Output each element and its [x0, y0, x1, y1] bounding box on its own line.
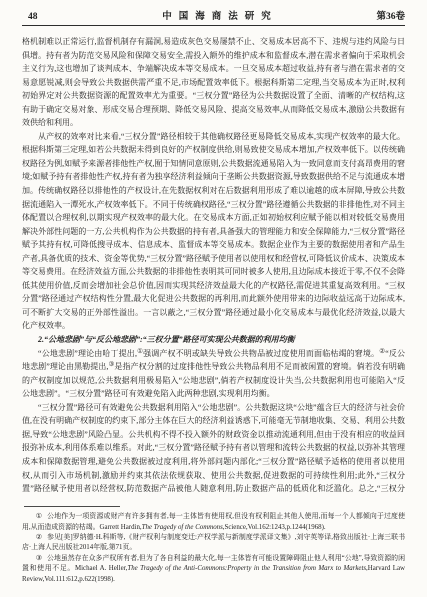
footnote-ref: ② — [379, 348, 385, 355]
footnote-ref: ③ — [108, 361, 114, 368]
journal-page: 48 中国海商法研究 第36卷 格机制难以正常运行,监督机制存有漏洞,易造成灰色… — [0, 0, 427, 597]
footnote-ref: ① — [137, 348, 143, 355]
footnotes-section: ①公地作为一项资源或财产有许多拥有者,每一主体皆有使用权,但没有权利阻止其他人使… — [22, 506, 405, 585]
citation-title: The Tragedy of the Anti-Commons:Property… — [127, 565, 366, 572]
footnote: ②参见[美]罗纳德·H.科斯等,《财产权利与制度变迁:产权学派与新制度学派译文集… — [22, 533, 405, 554]
page-number: 48 — [22, 12, 98, 22]
paragraph: “公地悲剧”理论由哈丁提出,①强调产权不明或缺失导致公共物品被过度使用而面临枯竭… — [22, 347, 405, 401]
footnote: ①公地作为一项资源或财产有许多拥有者,每一主体皆有使用权,但没有权利阻止其他人使… — [22, 512, 405, 533]
header-rule — [22, 25, 405, 26]
paragraph: 格机制难以正常运行,监督机制存有漏洞,易造成灰色交易屡禁不止、交易成本居高不下、… — [22, 35, 405, 130]
section-heading: 2.“公地悲剧”与“反公地悲剧”:“三权分置”路径可实现公共数据的利用均衡 — [22, 333, 405, 347]
footnote-marker: ③ — [36, 555, 42, 562]
footnote-marker: ② — [36, 534, 42, 541]
article-body: 格机制难以正常运行,监督机制存有漏洞,易造成灰色交易屡禁不止、交易成本居高不下、… — [22, 35, 405, 497]
paragraph: 从产权的效率对比来看,“三权分置”路径相较于其他确权路径更易降低交易成本,实现产… — [22, 130, 405, 333]
footnote-marker: ① — [36, 513, 42, 520]
journal-title: 中国海商法研究 — [98, 8, 335, 22]
footnote: ③公地虽然存在众多产权所有者,但为了各自利益的最大化,每一主体皆有可能设置障碍阻… — [22, 554, 405, 585]
volume-label: 第36卷 — [335, 8, 405, 22]
page-header: 48 中国海商法研究 第36卷 — [22, 8, 405, 22]
paragraph: “三权分置”路径可有效避免公共数据利用陷入“公地悲剧”。公共数据这块“公地”蕴含… — [22, 401, 405, 497]
footnote-list: ①公地作为一项资源或财产有许多拥有者,每一主体皆有使用权,但没有权利阻止其他人使… — [22, 512, 405, 585]
footnote-separator — [24, 506, 120, 507]
citation-title: The Tragedy of the Commons — [142, 524, 223, 531]
